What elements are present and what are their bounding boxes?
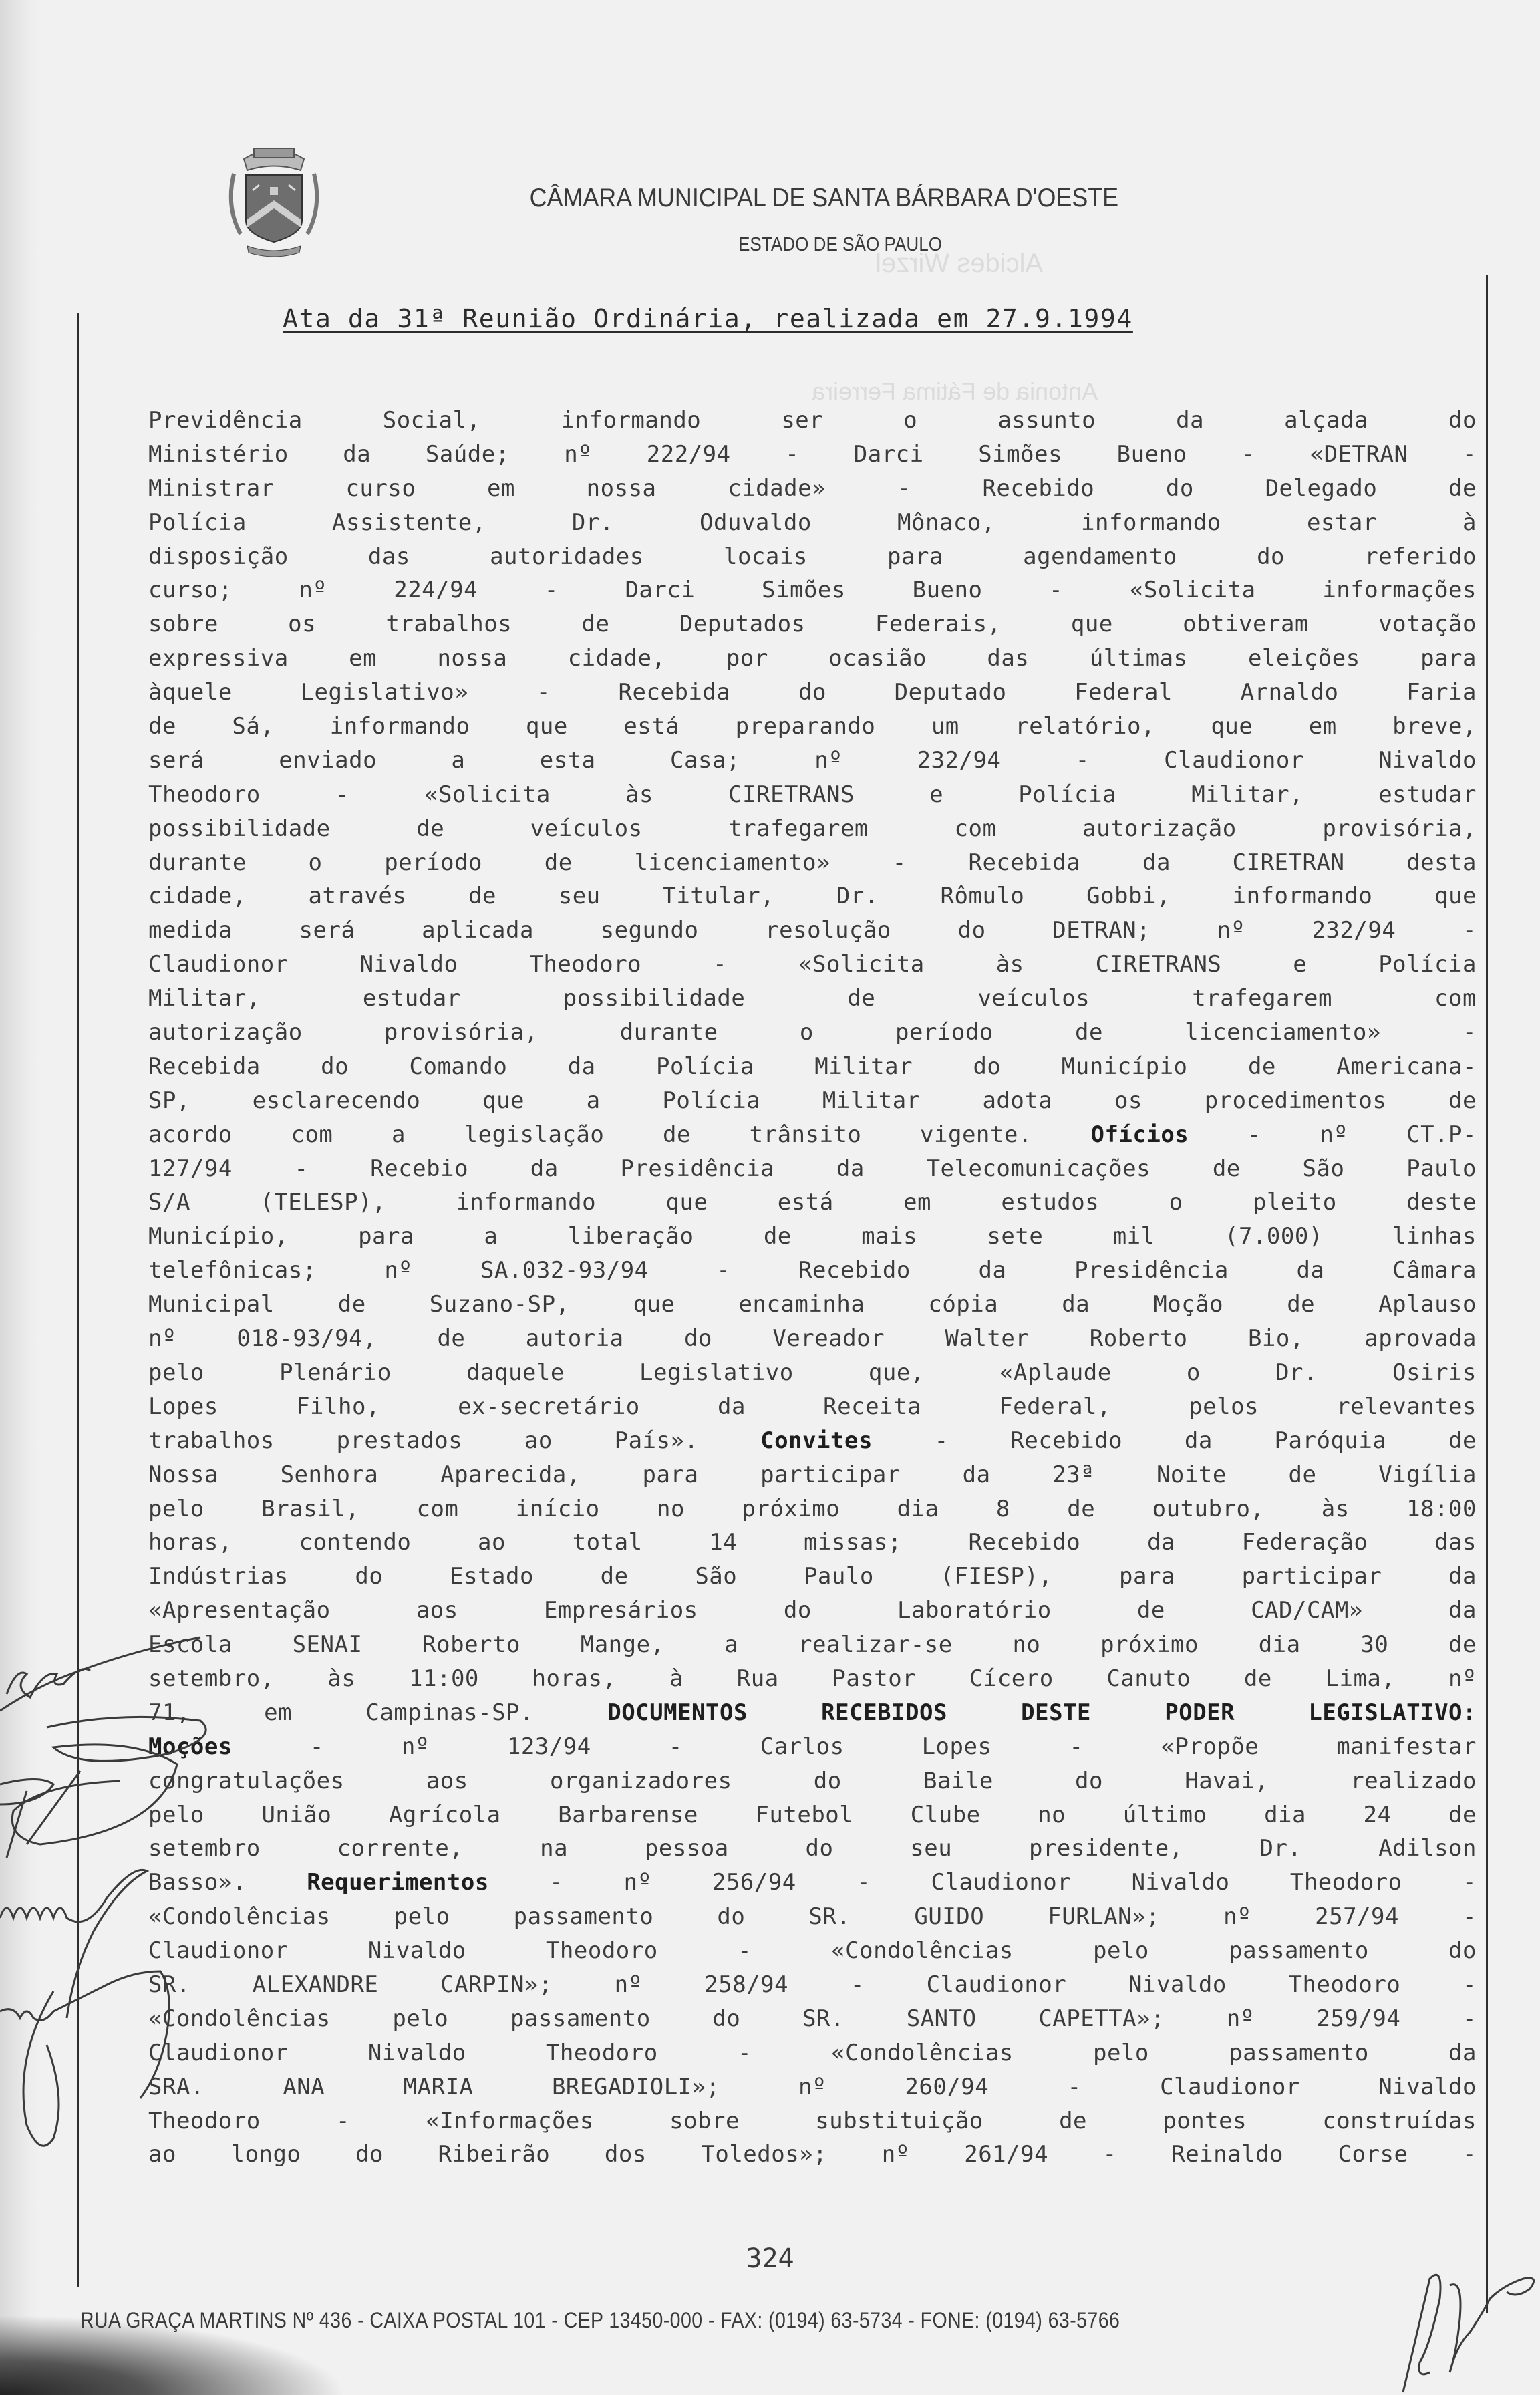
text-segment: acordo com a legislação de trânsito vige…: [148, 1121, 1090, 1148]
text-segment: Município, para a liberação de mais sete…: [148, 1223, 1477, 1250]
text-line: Moções - nº 123/94 - Carlos Lopes - «Pro…: [148, 1730, 1477, 1764]
text-segment: Polícia Assistente, Dr. Oduvaldo Mônaco,…: [148, 509, 1477, 536]
text-line: Claudionor Nivaldo Theodoro - «Condolênc…: [148, 1934, 1477, 1968]
text-segment: SRA. ANA MARIA BREGADIOLI»; nº 260/94 - …: [148, 2074, 1477, 2100]
text-line: Theodoro - «Informações sobre substituiç…: [148, 2104, 1477, 2138]
left-margin-rule: [77, 313, 79, 2287]
text-line: Lopes Filho, ex-secretário da Receita Fe…: [148, 1390, 1477, 1424]
text-line: Indústrias do Estado de São Paulo (FIESP…: [148, 1560, 1477, 1594]
text-segment: - nº CT.P-: [1189, 1121, 1477, 1148]
text-line: SP, esclarecendo que a Polícia Militar a…: [148, 1084, 1477, 1118]
text-line: será enviado a esta Casa; nº 232/94 - Cl…: [148, 744, 1477, 778]
bottom-right-initials: [1390, 2259, 1540, 2395]
text-segment: Basso».: [148, 1869, 307, 1896]
text-segment: àquele Legislativo» - Recebida do Deputa…: [148, 679, 1477, 706]
text-segment: Nossa Senhora Aparecida, para participar…: [148, 1461, 1477, 1488]
text-segment: medida será aplicada segundo resolução d…: [148, 917, 1477, 944]
text-segment: «Apresentação aos Empresários do Laborat…: [148, 1597, 1477, 1624]
text-segment: telefônicas; nº SA.032-93/94 - Recebido …: [148, 1257, 1477, 1284]
text-segment: de Sá, informando que está preparando um…: [148, 713, 1477, 740]
text-line: pelo Plenário daquele Legislativo que, «…: [148, 1356, 1477, 1390]
text-line: ao longo do Ribeirão dos Toledos»; nº 26…: [148, 2138, 1477, 2172]
section-heading: Requerimentos: [307, 1869, 489, 1896]
text-segment: possibilidade de veículos trafegarem com…: [148, 815, 1477, 842]
text-segment: pelo Plenário daquele Legislativo que, «…: [148, 1359, 1477, 1386]
text-segment: S/A (TELESP), informando que está em est…: [148, 1189, 1477, 1216]
page-binding-shadow: [0, 0, 40, 2395]
text-line: setembro, às 11:00 horas, à Rua Pastor C…: [148, 1662, 1477, 1696]
text-line: Basso». Requerimentos - nº 256/94 - Clau…: [148, 1866, 1477, 1900]
text-segment: cidade, através de seu Titular, Dr. Rômu…: [148, 883, 1477, 909]
text-segment: 127/94 - Recebio da Presidência da Telec…: [148, 1155, 1477, 1182]
text-segment: Theodoro - «Solicita às CIRETRANS e Polí…: [148, 781, 1477, 808]
text-line: Nossa Senhora Aparecida, para participar…: [148, 1458, 1477, 1492]
text-line: S/A (TELESP), informando que está em est…: [148, 1185, 1477, 1220]
section-heading: Convites: [760, 1427, 873, 1454]
text-line: disposição das autoridades locais para a…: [148, 540, 1477, 574]
text-line: àquele Legislativo» - Recebida do Deputa…: [148, 676, 1477, 710]
text-segment: 71, em Campinas-SP.: [148, 1699, 607, 1726]
text-segment: horas, contendo ao total 14 missas; Rece…: [148, 1529, 1477, 1556]
text-segment: - nº 256/94 - Claudionor Nivaldo Theodor…: [489, 1869, 1477, 1896]
text-segment: - Recebido da Paróquia de: [873, 1427, 1477, 1454]
text-segment: nº 018-93/94, de autoria do Vereador Wal…: [148, 1325, 1477, 1352]
text-line: Previdência Social, informando ser o ass…: [148, 404, 1477, 438]
text-segment: expressiva em nossa cidade, por ocasião …: [148, 645, 1477, 672]
text-line: Municipal de Suzano-SP, que encaminha có…: [148, 1288, 1477, 1322]
text-line: Claudionor Nivaldo Theodoro - «Solicita …: [148, 948, 1477, 982]
text-segment: autorização provisória, durante o períod…: [148, 1019, 1477, 1046]
text-line: nº 018-93/94, de autoria do Vereador Wal…: [148, 1322, 1477, 1356]
text-line: medida será aplicada segundo resolução d…: [148, 913, 1477, 948]
text-line: trabalhos prestados ao País». Convites -…: [148, 1424, 1477, 1458]
text-segment: Municipal de Suzano-SP, que encaminha có…: [148, 1291, 1477, 1318]
text-segment: Ministério da Saúde; nº 222/94 - Darci S…: [148, 441, 1477, 468]
text-line: possibilidade de veículos trafegarem com…: [148, 812, 1477, 846]
section-heading: Ofícios: [1090, 1121, 1189, 1148]
text-line: cidade, através de seu Titular, Dr. Rômu…: [148, 879, 1477, 913]
footer-address: RUA GRAÇA MARTINS Nº 436 - CAIXA POSTAL …: [80, 2308, 1329, 2333]
text-segment: Previdência Social, informando ser o ass…: [148, 407, 1477, 434]
text-line: setembro corrente, na pessoa do seu pres…: [148, 1832, 1477, 1866]
text-line: Theodoro - «Solicita às CIRETRANS e Polí…: [148, 778, 1477, 812]
text-segment: congratulações aos organizadores do Bail…: [148, 1768, 1477, 1794]
section-heading: Moções: [148, 1733, 233, 1760]
text-segment: pelo União Agrícola Barbarense Futebol C…: [148, 1802, 1477, 1828]
text-line: Ministrar curso em nossa cidade» - Receb…: [148, 472, 1477, 506]
text-line: acordo com a legislação de trânsito vige…: [148, 1118, 1477, 1152]
text-segment: durante o período de licenciamento» - Re…: [148, 849, 1477, 876]
text-segment: «Condolências pelo passamento do SR. GUI…: [148, 1903, 1477, 1930]
text-line: SRA. ANA MARIA BREGADIOLI»; nº 260/94 - …: [148, 2070, 1477, 2104]
text-line: SR. ALEXANDRE CARPIN»; nº 258/94 - Claud…: [148, 1968, 1477, 2002]
text-line: 127/94 - Recebio da Presidência da Telec…: [148, 1152, 1477, 1186]
text-line: Claudionor Nivaldo Theodoro - «Condolênc…: [148, 2036, 1477, 2070]
section-heading: DOCUMENTOS RECEBIDOS DESTE PODER LEGISLA…: [607, 1699, 1477, 1726]
text-segment: SP, esclarecendo que a Polícia Militar a…: [148, 1087, 1477, 1114]
minutes-body: Previdência Social, informando ser o ass…: [148, 404, 1477, 2172]
right-margin-rule: [1486, 275, 1488, 2313]
text-line: Ministério da Saúde; nº 222/94 - Darci S…: [148, 438, 1477, 472]
text-segment: Claudionor Nivaldo Theodoro - «Condolênc…: [148, 1937, 1477, 1964]
text-segment: Recebida do Comando da Polícia Militar d…: [148, 1053, 1477, 1080]
text-line: congratulações aos organizadores do Bail…: [148, 1764, 1477, 1798]
text-segment: pelo Brasil, com início no próximo dia 8…: [148, 1496, 1477, 1522]
text-segment: setembro corrente, na pessoa do seu pres…: [148, 1835, 1477, 1862]
text-segment: ao longo do Ribeirão dos Toledos»; nº 26…: [148, 2141, 1477, 2168]
text-segment: disposição das autoridades locais para a…: [148, 543, 1477, 570]
text-line: Polícia Assistente, Dr. Oduvaldo Mônaco,…: [148, 506, 1477, 540]
state-name: ESTADO DE SÃO PAULO: [738, 234, 942, 256]
text-line: durante o período de licenciamento» - Re…: [148, 846, 1477, 880]
text-segment: Theodoro - «Informações sobre substituiç…: [148, 2108, 1477, 2134]
text-line: pelo União Agrícola Barbarense Futebol C…: [148, 1798, 1477, 1832]
text-line: «Apresentação aos Empresários do Laborat…: [148, 1594, 1477, 1628]
text-line: Município, para a liberação de mais sete…: [148, 1220, 1477, 1254]
text-line: expressiva em nossa cidade, por ocasião …: [148, 642, 1477, 676]
text-line: curso; nº 224/94 - Darci Simões Bueno - …: [148, 573, 1477, 607]
text-line: Recebida do Comando da Polícia Militar d…: [148, 1050, 1477, 1084]
text-segment: Indústrias do Estado de São Paulo (FIESP…: [148, 1563, 1477, 1590]
municipal-coat-of-arms-icon: [220, 134, 327, 261]
document-title: Ata da 31ª Reunião Ordinária, realizada …: [283, 304, 1133, 333]
text-segment: Ministrar curso em nossa cidade» - Receb…: [148, 475, 1477, 502]
text-segment: trabalhos prestados ao País».: [148, 1427, 760, 1454]
text-line: horas, contendo ao total 14 missas; Rece…: [148, 1526, 1477, 1560]
text-segment: sobre os trabalhos de Deputados Federais…: [148, 611, 1477, 638]
text-line: autorização provisória, durante o períod…: [148, 1016, 1477, 1050]
text-segment: Claudionor Nivaldo Theodoro - «Solicita …: [148, 951, 1477, 978]
text-segment: SR. ALEXANDRE CARPIN»; nº 258/94 - Claud…: [148, 1971, 1477, 1998]
text-line: pelo Brasil, com início no próximo dia 8…: [148, 1492, 1477, 1526]
text-segment: Lopes Filho, ex-secretário da Receita Fe…: [148, 1393, 1477, 1420]
text-segment: setembro, às 11:00 horas, à Rua Pastor C…: [148, 1665, 1477, 1692]
text-segment: Claudionor Nivaldo Theodoro - «Condolênc…: [148, 2039, 1477, 2066]
text-line: de Sá, informando que está preparando um…: [148, 710, 1477, 744]
text-segment: curso; nº 224/94 - Darci Simões Bueno - …: [148, 577, 1477, 603]
text-segment: - nº 123/94 - Carlos Lopes - «Propõe man…: [233, 1733, 1477, 1760]
text-line: Militar, estudar possibilidade de veícul…: [148, 982, 1477, 1016]
text-line: «Condolências pelo passamento do SR. GUI…: [148, 1900, 1477, 1934]
text-line: telefônicas; nº SA.032-93/94 - Recebido …: [148, 1254, 1477, 1288]
text-line: 71, em Campinas-SP. DOCUMENTOS RECEBIDOS…: [148, 1696, 1477, 1730]
text-segment: «Condolências pelo passamento do SR. SAN…: [148, 2005, 1477, 2032]
text-line: «Condolências pelo passamento do SR. SAN…: [148, 2002, 1477, 2036]
text-line: sobre os trabalhos de Deputados Federais…: [148, 607, 1477, 642]
text-segment: Militar, estudar possibilidade de veícul…: [148, 985, 1477, 1012]
text-segment: Escola SENAI Roberto Mange, a realizar-s…: [148, 1631, 1477, 1658]
text-line: Escola SENAI Roberto Mange, a realizar-s…: [148, 1628, 1477, 1662]
text-segment: será enviado a esta Casa; nº 232/94 - Cl…: [148, 747, 1477, 774]
page-number: 324: [0, 2243, 1540, 2274]
show-through-text: Antonia de Fátima Ferreira: [812, 378, 1098, 406]
